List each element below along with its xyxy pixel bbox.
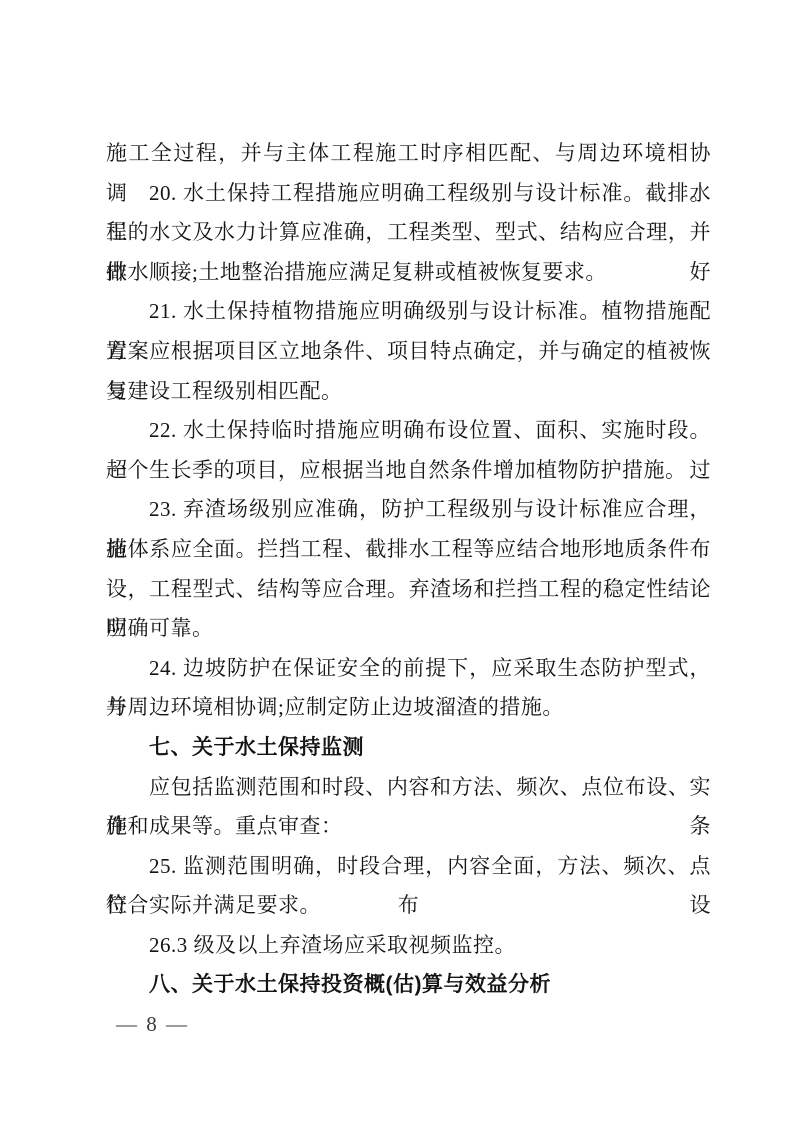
paragraph-line: 施体系应全面。拦挡工程、截排水工程等应结合地形地质条件布: [106, 530, 711, 570]
item-26-line: 26.3 级及以上弃渣场应采取视频监控。: [106, 926, 711, 966]
item-21-line: 21. 水土保持植物措施应明确级别与设计标准。植物措施配置: [106, 292, 711, 332]
section-heading-8: 八、关于水土保持投资概(估)算与效益分析: [106, 965, 711, 1005]
item-23-line: 23. 弃渣场级别应准确，防护工程级别与设计标准应合理，措: [106, 490, 711, 530]
paragraph-line: 方案应根据项目区立地条件、项目特点确定，并与确定的植被恢复: [106, 332, 711, 372]
paragraph-line: 程的水文及水力计算应准确，工程类型、型式、结构应合理，并做好: [106, 213, 711, 253]
item-20-line: 20. 水土保持工程措施应明确工程级别与设计标准。截排水工: [106, 174, 711, 214]
item-25-line: 25. 监测范围明确，时段合理，内容全面，方法、频次、点位布设: [106, 847, 711, 887]
document-page: 施工全过程，并与主体工程施工时序相匹配、与周边环境相协调。 20. 水土保持工程…: [0, 0, 800, 1131]
paragraph-line: 与建设工程级别相匹配。: [106, 372, 711, 412]
paragraph-line: 施工全过程，并与主体工程施工时序相匹配、与周边环境相协调。: [106, 134, 711, 174]
paragraph-line: 与周边环境相协调;应制定防止边坡溜渣的措施。: [106, 688, 711, 728]
document-body: 施工全过程，并与主体工程施工时序相匹配、与周边环境相协调。 20. 水土保持工程…: [106, 134, 711, 1005]
page-number: — 8 —: [116, 1004, 189, 1044]
paragraph-line: 明确可靠。: [106, 609, 711, 649]
paragraph-line: 设，工程型式、结构等应合理。弃渣场和拦挡工程的稳定性结论应: [106, 570, 711, 610]
section-heading-7: 七、关于水土保持监测: [106, 728, 711, 768]
paragraph-line: 一个生长季的项目，应根据当地自然条件增加植物防护措施。: [106, 451, 711, 491]
item-22-line: 22. 水土保持临时措施应明确布设位置、面积、实施时段。超过: [106, 411, 711, 451]
item-24-line: 24. 边坡防护在保证安全的前提下，应采取生态防护型式，并: [106, 649, 711, 689]
paragraph-line: 应包括监测范围和时段、内容和方法、频次、点位布设、实施条: [106, 768, 711, 808]
